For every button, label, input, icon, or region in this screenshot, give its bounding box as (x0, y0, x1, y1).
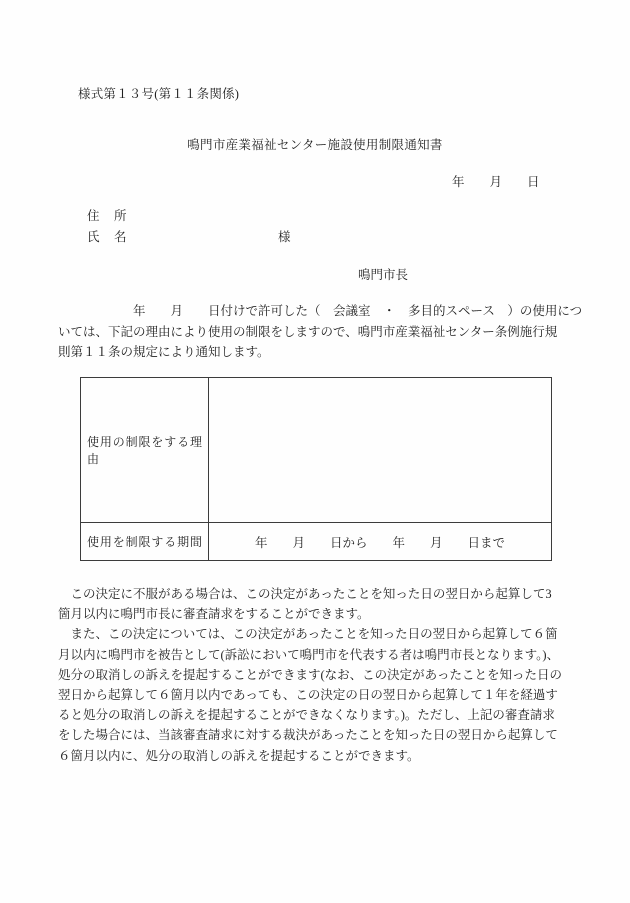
recipient-name-label: 氏 名 (87, 227, 128, 245)
period-value: 年 月 日から 年 月 日まで (255, 533, 505, 551)
period-label-cell: 使用を制限する期間 (81, 523, 209, 560)
permission-paragraph: 年 月 日付けで許可した（ 会議室 ・ 多目的スペース ）の使用につ いては、下… (58, 301, 618, 363)
form-number: 様式第１３号(第１１条関係) (78, 84, 239, 102)
sender-title: 鳴門市長 (358, 265, 408, 283)
reason-label-cell: 使用の制限をする理由 (81, 378, 209, 522)
restriction-table: 使用の制限をする理由 使用を制限する期間 年 月 日から 年 月 日まで (80, 377, 552, 561)
table-row-period: 使用を制限する期間 年 月 日から 年 月 日まで (81, 522, 551, 560)
recipient-address-label: 住 所 (87, 206, 128, 224)
period-value-cell: 年 月 日から 年 月 日まで (209, 523, 551, 560)
appeal-paragraph: この決定に不服がある場合は、この決定があったことを知った日の翌日から起算して3 … (58, 584, 618, 766)
table-row-reason: 使用の制限をする理由 (81, 378, 551, 522)
recipient-honorific: 様 (278, 227, 291, 245)
document-page: 様式第１３号(第１１条関係) 鳴門市産業福祉センター施設使用制限通知書 年 月 … (0, 0, 630, 903)
reason-label: 使用の制限をする理由 (87, 433, 202, 467)
document-title: 鳴門市産業福祉センター施設使用制限通知書 (0, 135, 630, 153)
issue-date-line: 年 月 日 (452, 172, 540, 190)
period-label: 使用を制限する期間 (87, 533, 202, 550)
reason-value-cell (209, 378, 551, 522)
